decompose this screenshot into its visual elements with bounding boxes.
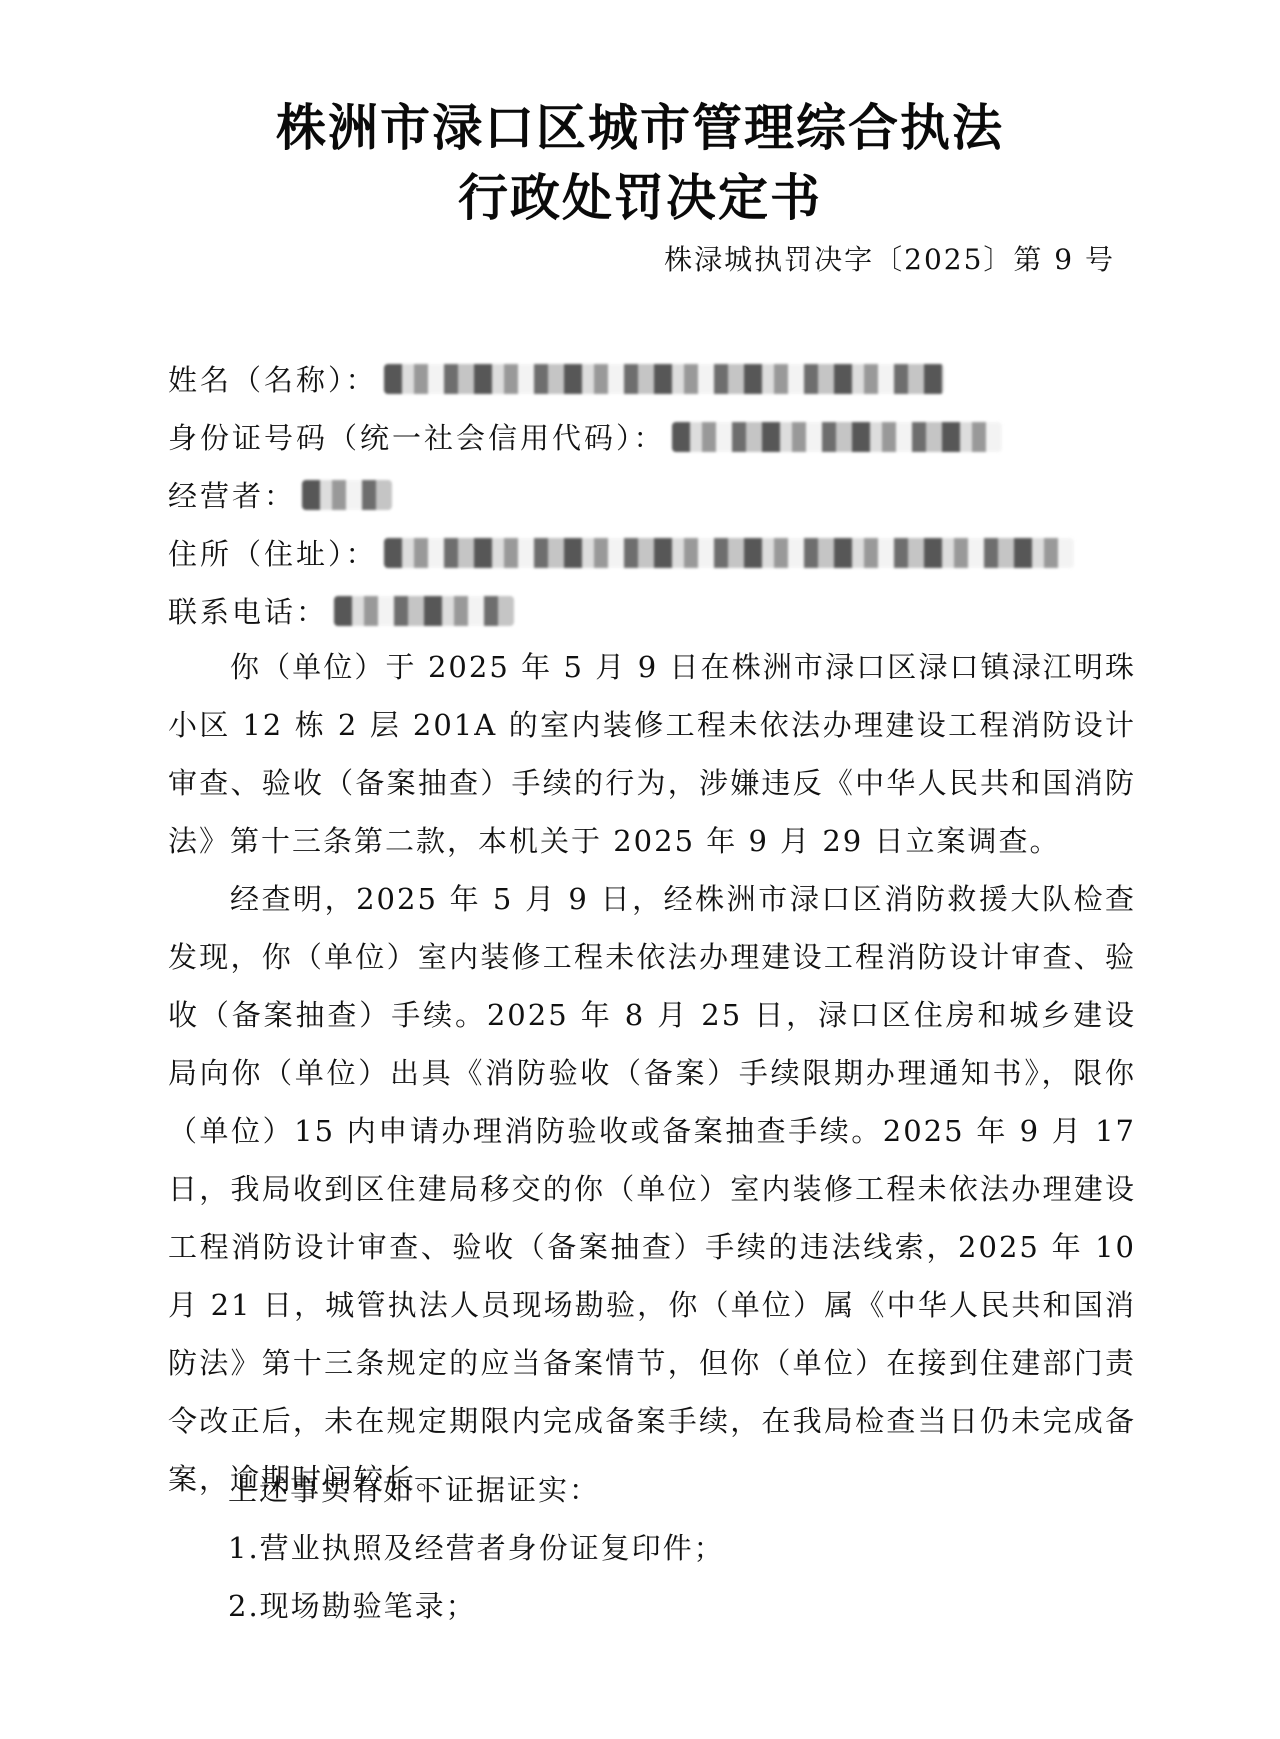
- field-label: 经营者：: [168, 474, 296, 515]
- redacted-value: [672, 422, 1002, 452]
- evidence-item-2: 2.现场勘验笔录；: [228, 1584, 477, 1625]
- redacted-value: [302, 480, 392, 510]
- field-name: 姓名（名称）：: [168, 358, 944, 399]
- document-number: 株渌城执罚决字〔2025〕第 9 号: [664, 238, 1115, 278]
- field-label: 姓名（名称）：: [168, 358, 378, 399]
- document-title-line1: 株洲市渌口区城市管理综合执法: [0, 88, 1280, 160]
- field-label: 联系电话：: [168, 590, 328, 631]
- field-label: 身份证号码（统一社会信用代码）：: [168, 416, 666, 457]
- evidence-intro: 上述事实有如下证据证实：: [228, 1468, 600, 1509]
- document-title-line2: 行政处罚决定书: [0, 158, 1280, 230]
- redacted-value: [384, 538, 1074, 568]
- field-phone: 联系电话：: [168, 590, 514, 631]
- field-address: 住所（住址）：: [168, 532, 1074, 573]
- redacted-value: [334, 596, 514, 626]
- field-id-number: 身份证号码（统一社会信用代码）：: [168, 416, 1002, 457]
- paragraph-case-filing: 你（单位）于 2025 年 5 月 9 日在株洲市渌口区渌口镇渌江明珠小区 12…: [168, 638, 1136, 870]
- field-label: 住所（住址）：: [168, 532, 378, 573]
- evidence-item-1: 1.营业执照及经营者身份证复印件；: [228, 1526, 725, 1567]
- field-operator: 经营者：: [168, 474, 392, 515]
- paragraph-investigation-findings: 经查明，2025 年 5 月 9 日，经株洲市渌口区消防救援大队检查发现，你（单…: [168, 870, 1136, 1508]
- redacted-value: [384, 364, 944, 394]
